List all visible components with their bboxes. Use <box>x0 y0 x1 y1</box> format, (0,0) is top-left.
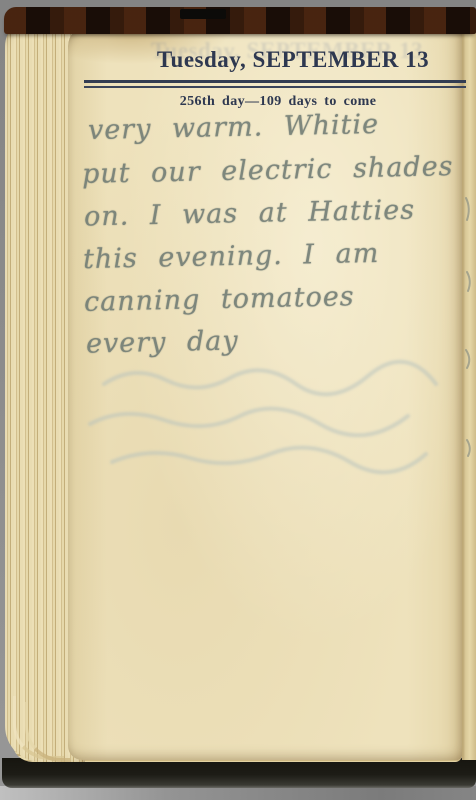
entry-line: put our electric shades <box>82 153 454 188</box>
entry-line: every day <box>86 327 239 357</box>
next-page-edge <box>462 30 476 760</box>
page-date-header: Tuesday, SEPTEMBER 13 <box>68 47 462 73</box>
scanned-diary-photo: Tuesday, SEPTEMBER 13 Tuesday, SEPTEMBER… <box>0 0 476 800</box>
book-binding-top-edge <box>4 7 476 34</box>
diary-page: Tuesday, SEPTEMBER 13 Tuesday, SEPTEMBER… <box>68 26 462 760</box>
book-bottom-shadow <box>2 758 476 788</box>
entry-line: on. I was at Hatties <box>84 197 416 231</box>
binding-wear-mark <box>180 9 226 19</box>
entry-line: this evening. I am <box>83 240 380 273</box>
entry-line: very warm. Whitie <box>88 111 380 144</box>
scanner-background-bottom <box>0 786 476 800</box>
facing-page-pencil-marks <box>462 140 476 560</box>
double-rule-divider <box>84 80 466 88</box>
day-count-line: 256th day—109 days to come <box>68 94 462 110</box>
entry-line: canning tomatoes <box>84 283 355 316</box>
bleed-through-text <box>68 356 462 506</box>
